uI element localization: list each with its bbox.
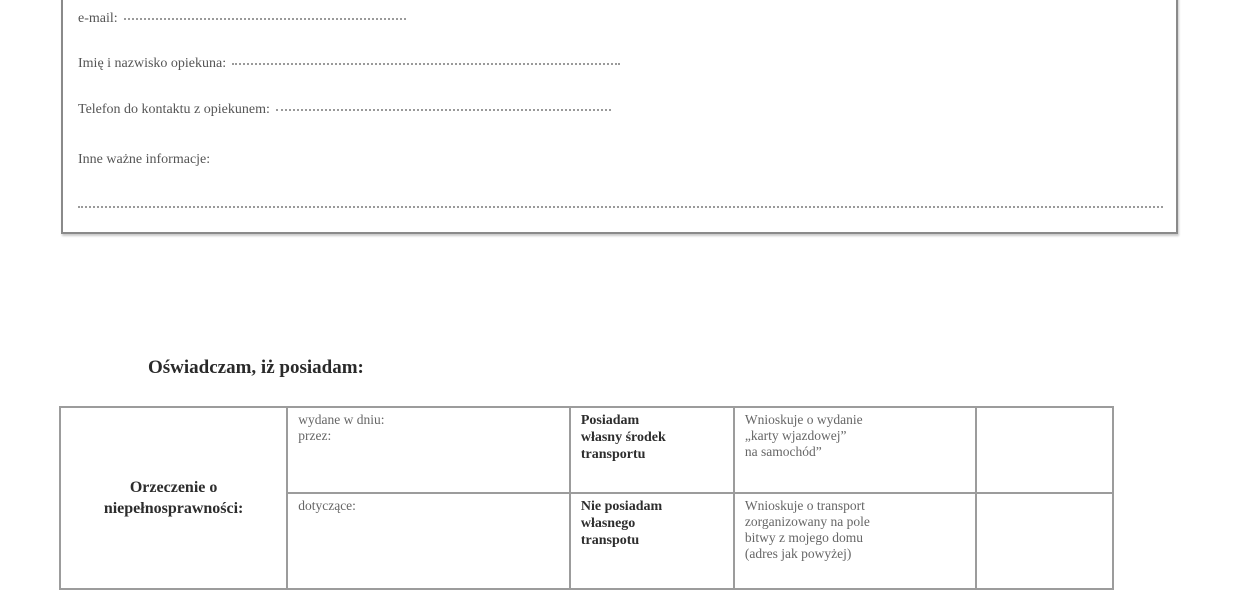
transport-checkbox-cell[interactable] — [976, 493, 1113, 589]
certificate-concerns-cell[interactable]: dotyczące: — [287, 493, 570, 589]
issued-by-label: przez: — [298, 428, 559, 444]
email-label: e-mail: — [78, 11, 118, 27]
request-text: Wnioskuje o transport — [745, 498, 965, 514]
guardian-phone-label: Telefon do kontaktu z opiekunem: — [78, 102, 270, 118]
issue-date-label: wydane w dniu: — [298, 412, 559, 428]
email-fill-line[interactable] — [124, 18, 406, 20]
guardian-phone-fill-line[interactable] — [276, 109, 611, 111]
request-text: na samochód” — [745, 444, 965, 460]
other-info-field: Inne ważne informacje: — [78, 152, 210, 168]
other-info-label: Inne ważne informacje: — [78, 152, 210, 168]
certificate-label-line: Orzeczenie o — [71, 477, 276, 498]
concerns-label: dotyczące: — [298, 498, 559, 514]
no-transport-option: Nie posiadam własnego transpotu — [570, 493, 734, 589]
request-text: zorganizowany na pole — [745, 514, 965, 530]
certificate-label-cell: Orzeczenie o niepełnosprawności: — [60, 407, 287, 589]
certificate-issue-cell[interactable]: wydane w dniu: przez: — [287, 407, 570, 493]
contact-info-box: e-mail: Imię i nazwisko opiekuna: Telefo… — [61, 0, 1178, 234]
own-transport-option: Posiadam własny środek transportu — [570, 407, 734, 493]
option-text: Posiadam — [581, 412, 723, 429]
option-text: własnego — [581, 515, 723, 532]
option-text: Nie posiadam — [581, 498, 723, 515]
guardian-phone-field[interactable]: Telefon do kontaktu z opiekunem: — [78, 102, 611, 118]
table-row: Orzeczenie o niepełnosprawności: wydane … — [60, 407, 1113, 493]
organized-transport-request: Wnioskuje o transport zorganizowany na p… — [734, 493, 976, 589]
request-text: (adres jak powyżej) — [745, 546, 965, 562]
option-text: własny środek — [581, 429, 723, 446]
option-text: transpotu — [581, 532, 723, 549]
guardian-name-fill-line[interactable] — [232, 63, 620, 65]
request-text: „karty wjazdowej” — [745, 428, 965, 444]
request-text: bitwy z mojego domu — [745, 530, 965, 546]
option-text: transportu — [581, 446, 723, 463]
guardian-name-label: Imię i nazwisko opiekuna: — [78, 56, 226, 72]
declaration-table: Orzeczenie o niepełnosprawności: wydane … — [59, 406, 1114, 590]
declaration-title: Oświadczam, iż posiadam: — [148, 357, 364, 379]
certificate-label-line: niepełnosprawności: — [71, 498, 276, 519]
request-text: Wnioskuje o wydanie — [745, 412, 965, 428]
other-info-fill-line[interactable] — [78, 206, 1163, 208]
email-field[interactable]: e-mail: — [78, 11, 406, 27]
entry-card-checkbox-cell[interactable] — [976, 407, 1113, 493]
entry-card-request: Wnioskuje o wydanie „karty wjazdowej” na… — [734, 407, 976, 493]
guardian-name-field[interactable]: Imię i nazwisko opiekuna: — [78, 56, 620, 72]
